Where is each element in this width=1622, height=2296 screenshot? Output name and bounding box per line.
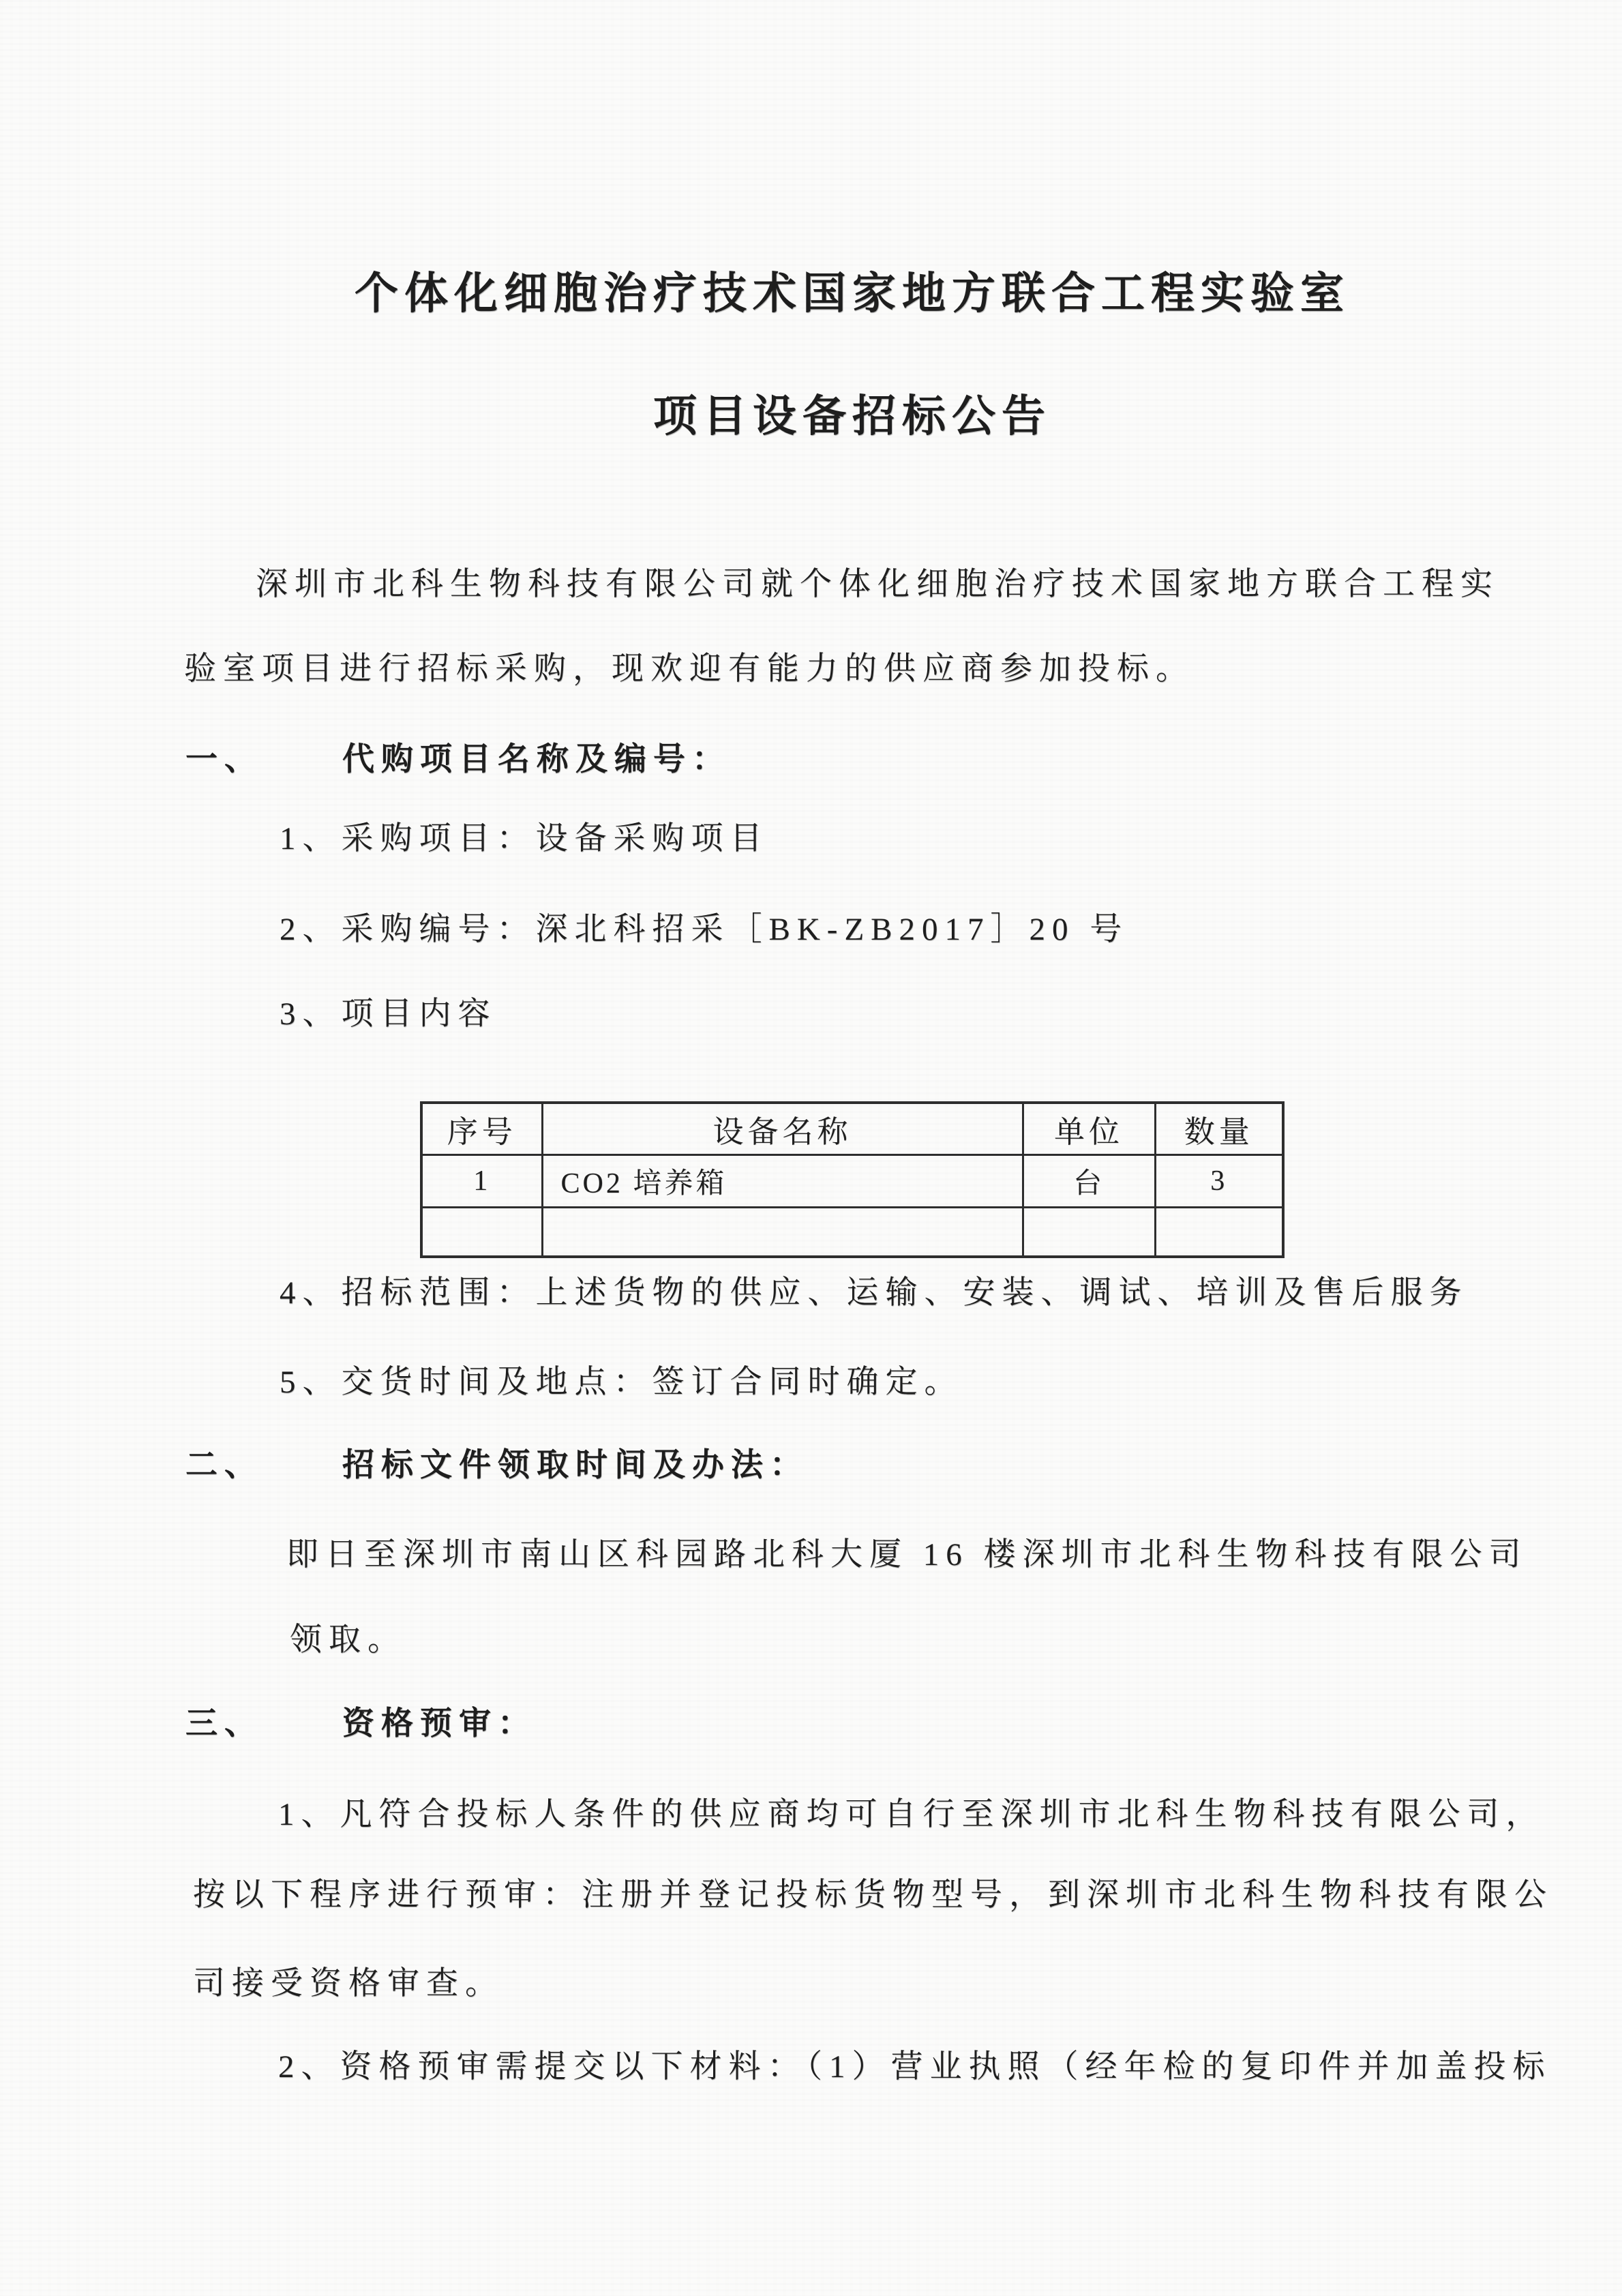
cell-unit: 台 bbox=[1023, 1154, 1155, 1207]
section-1-heading: 一、代购项目名称及编号： bbox=[185, 739, 731, 780]
table-header-quantity: 数量 bbox=[1155, 1103, 1283, 1154]
table-header-unit: 单位 bbox=[1023, 1103, 1155, 1154]
cell-quantity bbox=[1155, 1207, 1283, 1257]
section-3-item-2-line-1: 2、资格预审需提交以下材料：（1）营业执照（经年检的复印件并加盖投标 bbox=[278, 2046, 1552, 2087]
section-1-number: 一、 bbox=[185, 739, 342, 780]
scanned-document-page: 个体化细胞治疗技术国家地方联合工程实验室 项目设备招标公告 深圳市北科生物科技有… bbox=[0, 0, 1622, 2296]
section-1-heading-label: 代购项目名称及编号： bbox=[342, 742, 731, 777]
section-2-heading-label: 招标文件领取时间及办法： bbox=[342, 1448, 809, 1483]
document-title-line-1: 个体化细胞治疗技术国家地方联合工程实验室 bbox=[184, 267, 1520, 320]
cell-name bbox=[542, 1207, 1023, 1257]
cell-serial bbox=[421, 1207, 542, 1257]
section-2-body-line-2: 领取。 bbox=[290, 1620, 406, 1660]
cell-quantity: 3 bbox=[1155, 1154, 1283, 1207]
section-2-number: 二、 bbox=[185, 1445, 342, 1486]
section-2-body-line-1: 即日至深圳市南山区科园路北科大厦 16 楼深圳市北科生物科技有限公司 bbox=[286, 1534, 1528, 1575]
section-3-number: 三、 bbox=[185, 1703, 342, 1744]
section-3-item-1-line-3: 司接受资格审查。 bbox=[193, 1963, 504, 2004]
section-3-item-1-line-1: 1、凡符合投标人条件的供应商均可自行至深圳市北科生物科技有限公司， bbox=[278, 1794, 1545, 1835]
section-1-item-4: 4、招标范围：上述货物的供应、运输、安装、调试、培训及售后服务 bbox=[280, 1272, 1469, 1313]
intro-paragraph-line-2: 验室项目进行招标采购，现欢迎有能力的供应商参加投标。 bbox=[184, 648, 1195, 689]
section-3-item-1-line-2: 按以下程序进行预审：注册并登记投标货物型号，到深圳市北科生物科技有限公 bbox=[193, 1875, 1553, 1915]
document-title-line-2: 项目设备招标公告 bbox=[184, 390, 1520, 443]
cell-name: CO2 培养箱 bbox=[542, 1154, 1023, 1207]
table-header-serial: 序号 bbox=[421, 1103, 542, 1154]
section-3-heading-label: 资格预审： bbox=[342, 1706, 537, 1742]
section-1-item-2: 2、采购编号：深北科招采［BK-ZB2017］20 号 bbox=[280, 909, 1128, 950]
section-2-heading: 二、招标文件领取时间及办法： bbox=[185, 1445, 809, 1486]
intro-paragraph-line-1: 深圳市北科生物科技有限公司就个体化细胞治疗技术国家地方联合工程实 bbox=[256, 564, 1499, 605]
section-1-item-3: 3、项目内容 bbox=[280, 994, 497, 1034]
table-row bbox=[421, 1207, 1283, 1257]
cell-serial: 1 bbox=[421, 1154, 542, 1207]
table-header-name: 设备名称 bbox=[542, 1103, 1023, 1154]
section-1-item-1: 1、采购项目：设备采购项目 bbox=[280, 818, 769, 859]
section-3-heading: 三、资格预审： bbox=[185, 1703, 537, 1744]
section-1-item-5: 5、交货时间及地点：签订合同时确定。 bbox=[280, 1362, 963, 1403]
table-row: 1 CO2 培养箱 台 3 bbox=[421, 1154, 1283, 1207]
equipment-table: 序号 设备名称 单位 数量 1 CO2 培养箱 台 3 bbox=[420, 1101, 1285, 1258]
equipment-table-header-row: 序号 设备名称 单位 数量 bbox=[421, 1103, 1283, 1154]
cell-unit bbox=[1023, 1207, 1155, 1257]
